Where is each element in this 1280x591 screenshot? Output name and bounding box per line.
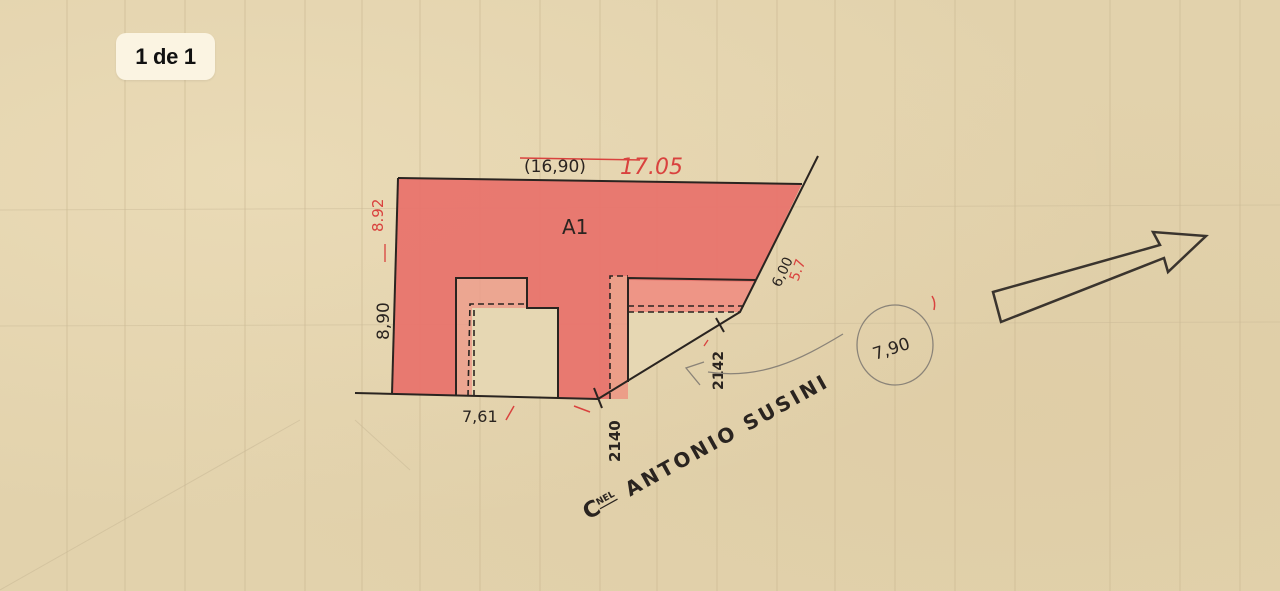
north-arrow-icon [993, 232, 1206, 322]
dimension-bottom-front: 7,61 [462, 407, 498, 426]
dimension-top-corrected: 17.05 [620, 155, 683, 180]
angle-right: 2142 [711, 351, 727, 390]
survey-plan-drawing: A1 (16,90) 17.05 8.92 8,90 6,00 5.7 7,61… [0, 0, 1280, 591]
page-indicator-badge: 1 de 1 [116, 33, 215, 80]
lot-label: A1 [562, 215, 588, 239]
dimension-chamfer-circled: 7,90 [870, 334, 912, 365]
angle-left: 2140 [606, 420, 624, 462]
dimension-top-original: (16,90) [524, 157, 586, 177]
svg-text:ANTONIO SUSINI: ANTONIO SUSINI [621, 369, 834, 501]
dimension-left-red: 8.92 [369, 199, 387, 232]
dimension-left-black: 8,90 [374, 302, 394, 340]
